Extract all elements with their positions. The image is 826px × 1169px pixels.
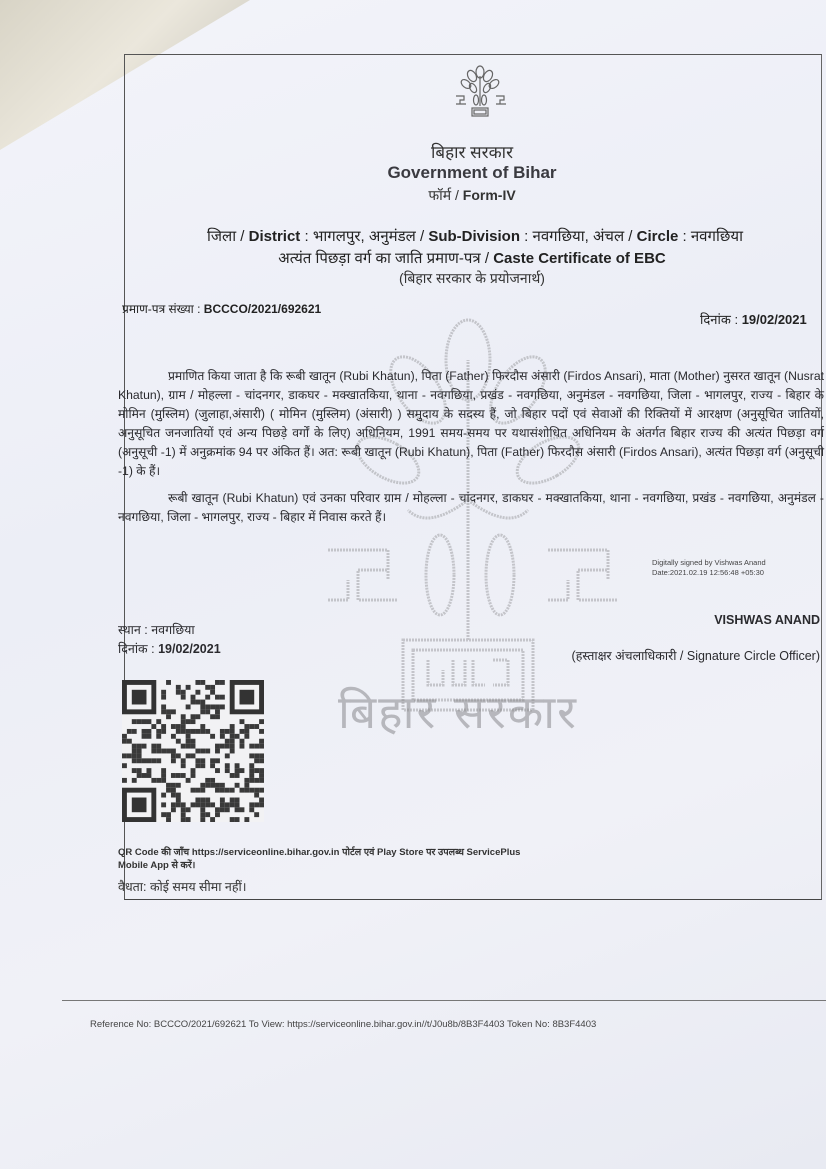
form-label-english: Form-IV	[463, 187, 516, 203]
residence-paragraph: रूबी खातून (Rubi Khatun) एवं उनका परिवार…	[118, 489, 824, 527]
circle-value: नवगछिया	[691, 228, 743, 245]
issue-date-label: दिनांक :	[700, 312, 738, 327]
form-label: फॉर्म / Form-IV	[124, 186, 820, 205]
signing-date-label: दिनांक :	[118, 642, 155, 656]
watermark-text: बिहार सरकार	[338, 680, 578, 742]
subdivision-label-en: Sub-Division	[428, 228, 520, 245]
footer-divider	[62, 1000, 826, 1001]
certificate-number: प्रमाण-पत्र संख्या : BCCCO/2021/692621	[122, 300, 321, 317]
location-line: जिला / District : भागलपुर, अनुमंडल / Sub…	[130, 226, 820, 246]
signatory-name: VISHWAS ANAND	[600, 613, 820, 627]
certificate-number-label: प्रमाण-पत्र संख्या :	[122, 302, 200, 316]
signatory-role: (हस्ताक्षर अंचलाधिकारी / Signature Circl…	[570, 647, 820, 665]
validity-note: वैधता: कोई समय सीमा नहीं।	[118, 878, 246, 895]
signing-date-value: 19/02/2021	[158, 642, 221, 656]
qr-code-icon	[122, 680, 264, 822]
signing-date: दिनांक : 19/02/2021	[118, 640, 221, 657]
qr-verification-note: QR Code की जाँच https://serviceonline.bi…	[118, 846, 538, 872]
place: स्थान : नवगछिया	[118, 621, 195, 638]
district-value: भागलपुर	[313, 228, 361, 245]
issue-date: दिनांक : 19/02/2021	[700, 310, 807, 328]
place-value: नवगछिया	[151, 623, 194, 637]
bihar-emblem-icon	[450, 62, 510, 122]
certificate-type: अत्यंत पिछड़ा वर्ग का जाति प्रमाण-पत्र /…	[124, 248, 820, 268]
header-title-english: Government of Bihar	[124, 163, 820, 183]
circle-label-hi: अंचल	[593, 228, 624, 245]
certificate-number-value: BCCCO/2021/692621	[204, 302, 321, 316]
district-label-hi: जिला	[207, 228, 236, 245]
reference-line: Reference No: BCCCO/2021/692621 To View:…	[90, 1019, 596, 1030]
form-label-hindi: फॉर्म	[428, 187, 451, 203]
certification-paragraph: प्रमाणित किया जाता है कि रूबी खातून (Rub…	[118, 367, 824, 481]
digital-signature-info: Digitally signed by Vishwas Anand Date:2…	[652, 558, 766, 578]
issue-date-value: 19/02/2021	[742, 312, 807, 327]
circle-label-en: Circle	[637, 228, 679, 245]
certificate-purpose: (बिहार सरकार के प्रयोजनार्थ)	[124, 269, 820, 288]
digital-signature-date: Date:2021.02.19 12:56:48 +05:30	[652, 568, 766, 578]
certificate-type-english: Caste Certificate of EBC	[493, 250, 666, 267]
certificate-type-hindi: अत्यंत पिछड़ा वर्ग का जाति प्रमाण-पत्र	[278, 250, 480, 267]
place-label: स्थान :	[118, 623, 148, 637]
digital-signature-signer: Digitally signed by Vishwas Anand	[652, 558, 766, 568]
subdivision-label-hi: अनुमंडल	[369, 228, 416, 245]
header-title-hindi: बिहार सरकार	[124, 140, 820, 163]
subdivision-value: नवगछिया	[533, 228, 585, 245]
district-label-en: District	[249, 228, 301, 245]
